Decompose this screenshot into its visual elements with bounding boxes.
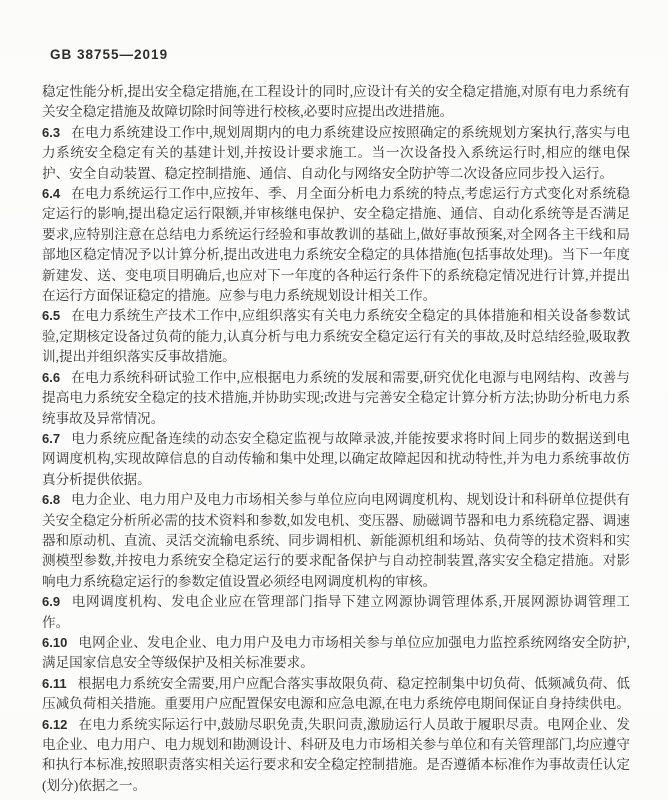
clause-number: 6.9 [42,594,60,609]
standard-number-header: GB 38755—2019 [50,47,168,62]
clause-number: 6.3 [42,125,60,140]
clause-number: 6.12 [42,717,67,732]
clause-6-5: 6.5在电力系统生产技术工作中,应组织落实有关电力系统安全稳定的具体措施和相关设… [42,306,630,367]
clause-number: 6.11 [42,676,67,691]
clause-text: 电网调度机构、发电企业应在管理部门指导下建立网源协调管理体系,开展网源协调管理工… [42,594,630,629]
clause-text: 电力系统应配备连续的动态安全稳定监视与故障录波,并能按要求将时间上同步的数据送到… [42,431,630,487]
clause-text: 根据电力系统安全需要,用户应配合落实事故限负荷、稳定控制集中切负荷、低频减负荷、… [42,676,630,711]
clause-text: 在电力系统实际运行中,鼓励尽职免责,失职问责,激励运行人员敢于履职尽责。电网企业… [42,717,630,793]
clause-text: 稳定性能分析,提出安全稳定措施,在工程设计的同时,应设计有关的安全稳定措施,对原… [42,84,630,119]
clause-text: 在电力系统建设工作中,规划周期内的电力系统建设应按照确定的系统规划方案执行,落实… [42,125,630,181]
clause-number: 6.4 [42,186,60,201]
clause-6-10: 6.10电网企业、发电企业、电力用户及电力市场相关参与单位应加强电力监控系统网络… [42,633,630,674]
clause-text: 电网企业、发电企业、电力用户及电力市场相关参与单位应加强电力监控系统网络安全防护… [42,635,630,670]
clause-6-8: 6.8电力企业、电力用户及电力市场相关参与单位应向电网调度机构、规划设计和科研单… [42,490,630,592]
paragraph-intro-continuation: 稳定性能分析,提出安全稳定措施,在工程设计的同时,应设计有关的安全稳定措施,对原… [42,82,630,123]
clause-6-4: 6.4在电力系统运行工作中,应按年、季、月全面分析电力系统的特点,考虑运行方式变… [42,184,630,306]
clause-number: 6.8 [42,492,60,507]
clause-text: 电力企业、电力用户及电力市场相关参与单位应向电网调度机构、规划设计和科研单位提供… [42,492,630,589]
clause-6-7: 6.7电力系统应配备连续的动态安全稳定监视与故障录波,并能按要求将时间上同步的数… [42,429,630,490]
clause-number: 6.10 [42,635,67,650]
clause-text: 在电力系统运行工作中,应按年、季、月全面分析电力系统的特点,考虑运行方式变化对系… [42,186,630,303]
clause-number: 6.5 [42,308,60,323]
clause-6-3: 6.3在电力系统建设工作中,规划周期内的电力系统建设应按照确定的系统规划方案执行… [42,123,630,184]
clause-6-11: 6.11根据电力系统安全需要,用户应配合落实事故限负荷、稳定控制集中切负荷、低频… [42,674,630,715]
clause-6-12: 6.12在电力系统实际运行中,鼓励尽职免责,失职问责,激励运行人员敢于履职尽责。… [42,715,630,797]
clause-number: 6.7 [42,431,60,446]
document-body: 稳定性能分析,提出安全稳定措施,在工程设计的同时,应设计有关的安全稳定措施,对原… [42,82,630,796]
clause-6-6: 6.6在电力系统科研试验工作中,应根据电力系统的发展和需要,研究优化电源与电网结… [42,368,630,429]
clause-number: 6.6 [42,370,60,385]
clause-text: 在电力系统科研试验工作中,应根据电力系统的发展和需要,研究优化电源与电网结构、改… [42,370,630,426]
document-page: GB 38755—2019 稳定性能分析,提出安全稳定措施,在工程设计的同时,应… [0,0,668,800]
clause-6-9: 6.9电网调度机构、发电企业应在管理部门指导下建立网源协调管理体系,开展网源协调… [42,592,630,633]
clause-text: 在电力系统生产技术工作中,应组织落实有关电力系统安全稳定的具体措施和相关设备参数… [42,308,630,364]
